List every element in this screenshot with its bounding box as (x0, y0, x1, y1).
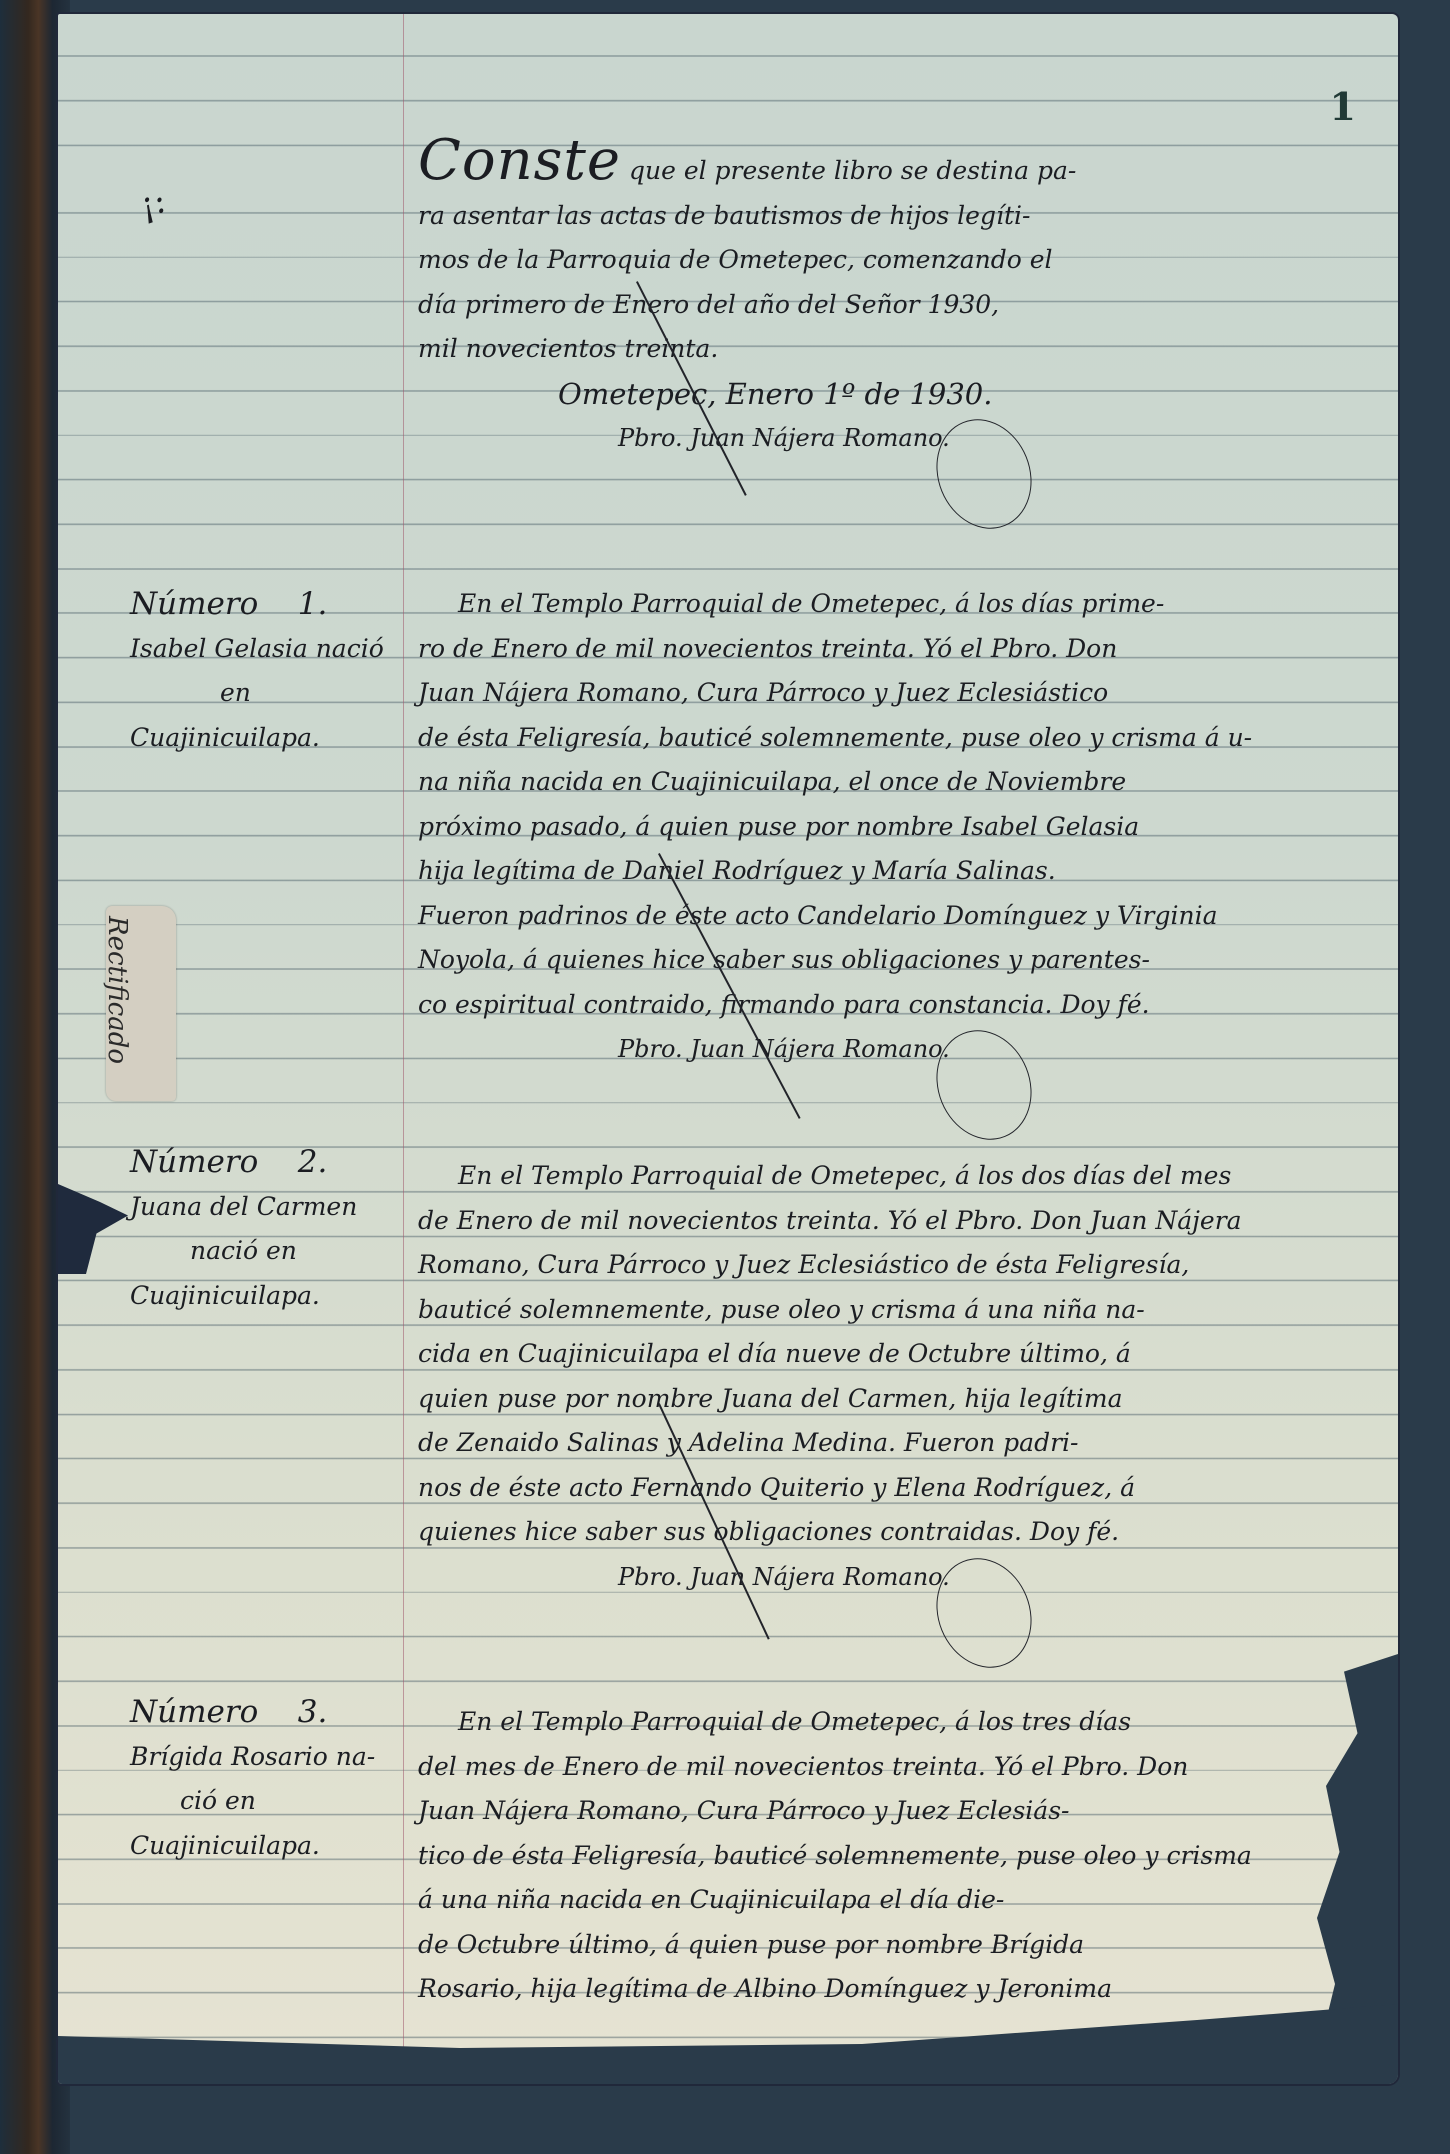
header-line: ra asentar las actas de bautismos de hij… (418, 194, 1378, 239)
header-line: mos de la Parroquia de Ometepec, comenza… (418, 238, 1378, 283)
pasted-paper-scrap: Rectificado (106, 906, 176, 1101)
number-label: Número (130, 586, 258, 622)
entry-line: Noyola, á quienes hice saber sus obligac… (418, 938, 1378, 983)
birth-place: Cuajinicuilapa. (130, 716, 400, 761)
entry-line: Romano, Cura Párroco y Juez Eclesiástico… (418, 1243, 1378, 1288)
number-value: 3. (298, 1694, 328, 1730)
entry-line: hija legítima de Daniel Rodríguez y Marí… (418, 849, 1378, 894)
entry-number: Número 1. (130, 582, 400, 627)
born-in: ció en (130, 1779, 400, 1824)
entry-3-margin-note: Número 3. Brígida Rosario na- ció en Cua… (130, 1690, 400, 1868)
signature-text: Pbro. Juan Nájera Romano. (618, 1563, 950, 1591)
entry-line: de Zenaido Salinas y Adelina Medina. Fue… (418, 1421, 1378, 1466)
entry-line: En el Templo Parroquial de Ometepec, á l… (418, 582, 1378, 627)
header-line: día primero de Enero del año del Señor 1… (418, 283, 1378, 328)
entry-line: del mes de Enero de mil novecientos trei… (418, 1745, 1378, 1790)
folio-number: 1 (1330, 84, 1356, 129)
born-in: en (130, 671, 400, 716)
scrap-text: Rectificado (102, 916, 132, 1096)
header-line: que el presente libro se destina pa- (629, 156, 1076, 185)
entry-line: Fueron padrinos de éste acto Candelario … (418, 894, 1378, 939)
number-label: Número (130, 1144, 258, 1180)
entry-signature: Pbro. Juan Nájera Romano. (418, 1555, 1378, 1600)
torn-edge (58, 1184, 128, 1274)
entry-line: Juan Nájera Romano, Cura Párroco y Juez … (418, 1789, 1378, 1834)
entry-line: Rosario, hija legítima de Albino Domíngu… (418, 1967, 1378, 2012)
entry-line: cida en Cuajinicuilapa el día nueve de O… (418, 1332, 1378, 1377)
entry-line: co espiritual contraido, firmando para c… (418, 983, 1378, 1028)
header-date: Ometepec, Enero 1º de 1930. (418, 372, 1378, 417)
born-in: nació en (130, 1229, 400, 1274)
margin-rule (403, 14, 404, 2084)
number-label: Número (130, 1694, 258, 1730)
entry-line: á una niña nacida en Cuajinicuilapa el d… (418, 1878, 1378, 1923)
entry-line: En el Templo Parroquial de Ometepec, á l… (418, 1154, 1378, 1199)
entry-line: na niña nacida en Cuajinicuilapa, el onc… (418, 760, 1378, 805)
entry-line: En el Templo Parroquial de Ometepec, á l… (418, 1700, 1378, 1745)
entry-line: quien puse por nombre Juana del Carmen, … (418, 1377, 1378, 1422)
entry-2-margin-note: Número 2. Juana del Carmen nació en Cuaj… (130, 1140, 400, 1318)
entry-line: Juan Nájera Romano, Cura Párroco y Juez … (418, 671, 1378, 716)
entry-line: de Enero de mil novecientos treinta. Yó … (418, 1199, 1378, 1244)
signature-text: Pbro. Juan Nájera Romano. (618, 424, 950, 452)
entry-1-margin-note: Número 1. Isabel Gelasia nació en Cuajin… (130, 582, 400, 760)
entry-line: nos de éste acto Fernando Quiterio y Ele… (418, 1466, 1378, 1511)
entry-signature: Pbro. Juan Nájera Romano. (418, 1027, 1378, 1072)
child-name: Brígida Rosario na- (130, 1735, 400, 1780)
number-value: 2. (298, 1144, 328, 1180)
entry-line: de ésta Feligresía, bauticé solemnemente… (418, 716, 1378, 761)
register-page: 1 ¡: Conste que el presente libro se des… (58, 14, 1398, 2084)
heading-word: Conste (418, 128, 621, 193)
number-value: 1. (298, 586, 328, 622)
entry-number: Número 2. (130, 1140, 400, 1185)
signature-text: Pbro. Juan Nájera Romano. (618, 1035, 950, 1063)
entry-line: ro de Enero de mil novecientos treinta. … (418, 627, 1378, 672)
header-line: mil novecientos treinta. (418, 327, 1378, 372)
entry-line: de Octubre último, á quien puse por nomb… (418, 1923, 1378, 1968)
entry-line: bauticé solemnemente, puse oleo y crisma… (418, 1288, 1378, 1333)
torn-edge (58, 2004, 1398, 2084)
margin-mark: ¡: (134, 181, 171, 227)
birth-place: Cuajinicuilapa. (130, 1824, 400, 1869)
header-first-line: Conste que el presente libro se destina … (418, 139, 1378, 194)
entry-line: próximo pasado, á quien puse por nombre … (418, 805, 1378, 850)
entry-1-body: En el Templo Parroquial de Ometepec, á l… (418, 582, 1378, 1072)
child-name: Isabel Gelasia nació (130, 627, 400, 672)
entry-3-body: En el Templo Parroquial de Ometepec, á l… (418, 1700, 1378, 2012)
birth-place: Cuajinicuilapa. (130, 1274, 400, 1319)
entry-number: Número 3. (130, 1690, 400, 1735)
entry-2-body: En el Templo Parroquial de Ometepec, á l… (418, 1154, 1378, 1599)
entry-line: quienes hice saber sus obligaciones cont… (418, 1510, 1378, 1555)
child-name: Juana del Carmen (130, 1185, 400, 1230)
header-declaration: Conste que el presente libro se destina … (418, 139, 1378, 461)
header-signature: Pbro. Juan Nájera Romano. (418, 416, 1378, 461)
entry-line: tico de ésta Feligresía, bauticé solemne… (418, 1834, 1378, 1879)
